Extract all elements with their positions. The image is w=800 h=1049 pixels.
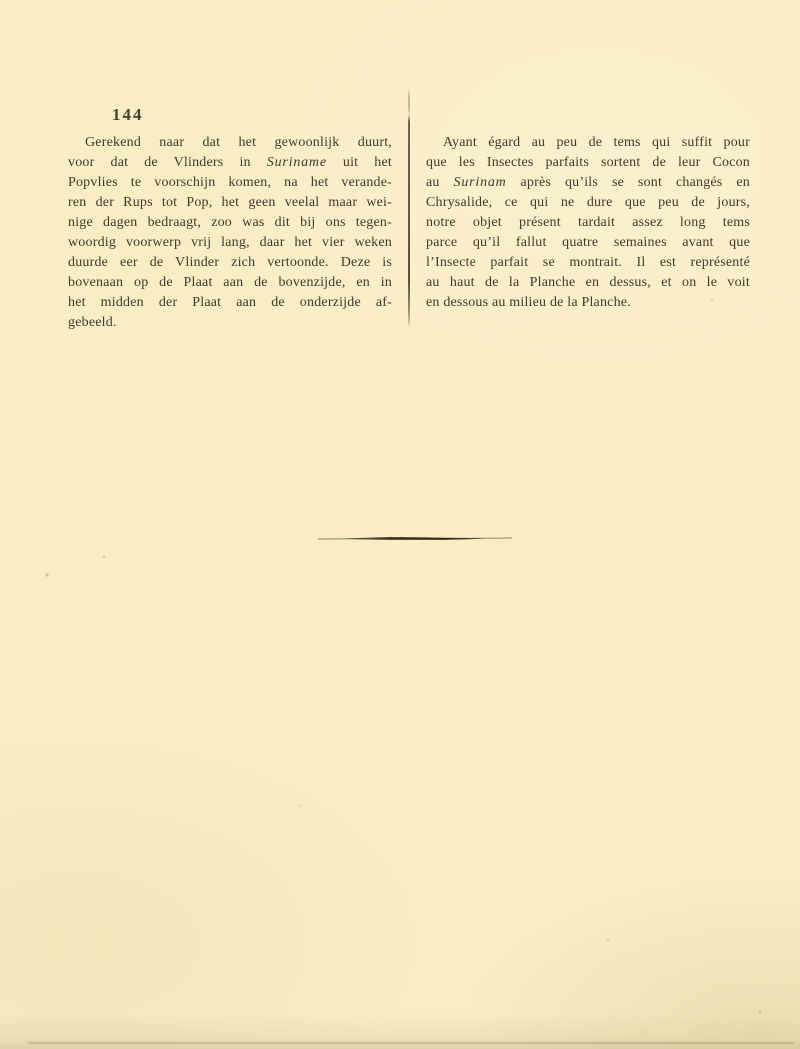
- text-line: voor dat de Vlinders in Suriname uit het: [68, 153, 392, 173]
- text-line: het midden der Plaat aan de onderzijde a…: [68, 293, 392, 313]
- ink-smudge-artifact: [315, 533, 515, 544]
- text-line: en dessous au milieu de la Planche.: [426, 293, 750, 313]
- text-line: au haut de la Planche en dessus, et on l…: [426, 273, 750, 293]
- french-text-column: Ayant égard au peu de tems qui suffit po…: [426, 133, 750, 313]
- text-line: gebeeld.: [68, 313, 392, 333]
- scanned-book-page: 144 Gerekend naar dat het gewoonlijk duu…: [0, 0, 800, 1049]
- page-bottom-edge-shadow: [28, 1042, 794, 1044]
- text-line: nige dagen bedraagt, zoo was dit bij ons…: [68, 213, 392, 233]
- text-line: notre objet présent tardait assez long t…: [426, 213, 750, 233]
- text-line: que les Insectes parfaits sortent de leu…: [426, 153, 750, 173]
- text-line: Ayant égard au peu de tems qui suffit po…: [426, 133, 750, 153]
- text-line: Gerekend naar dat het gewoonlijk duurt,: [68, 133, 392, 153]
- dutch-text-column: Gerekend naar dat het gewoonlijk duurt,v…: [68, 133, 392, 333]
- text-line: ren der Rups tot Pop, het geen veelal ma…: [68, 193, 392, 213]
- text-line: woordig voorwerp vrij lang, daar het vie…: [68, 233, 392, 253]
- text-line: Chrysalide, ce qui ne dure que peu de jo…: [426, 193, 750, 213]
- page-number: 144: [112, 105, 144, 125]
- text-line: Popvlies te voorschijn komen, na het ver…: [68, 173, 392, 193]
- text-line: au Surinam après qu’ils se sont changés …: [426, 173, 750, 193]
- italic-place-name: Suriname: [267, 155, 327, 170]
- text-line: duurde eer de Vlinder zich vertoonde. De…: [68, 253, 392, 273]
- text-line: bovenaan op de Plaat aan de bovenzijde, …: [68, 273, 392, 293]
- text-line: parce qu’il fallut quatre semaines avant…: [426, 233, 750, 253]
- italic-place-name: Surinam: [454, 175, 507, 190]
- column-divider-rule: [408, 88, 410, 328]
- text-line: l’Insecte parfait se montrait. Il est re…: [426, 253, 750, 273]
